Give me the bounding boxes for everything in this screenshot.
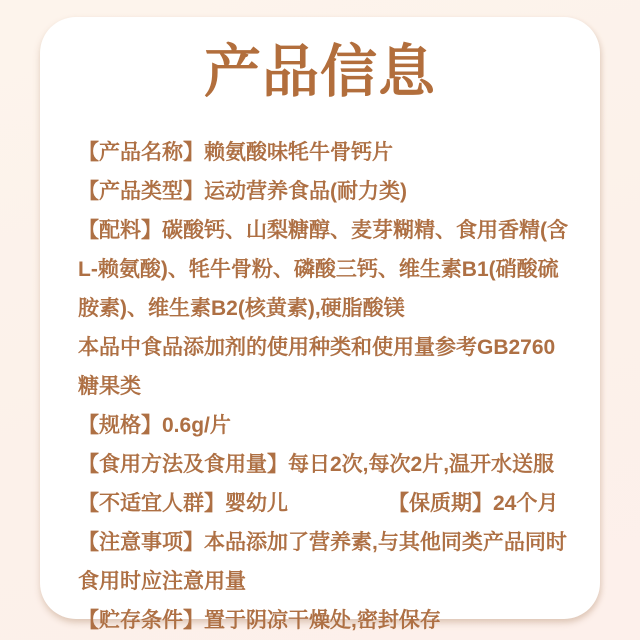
info-row-additive-note: 本品中食品添加剂的使用种类和使用量参考GB2760糖果类 <box>78 328 570 406</box>
info-value-product-type: 运动营养食品(耐力类) <box>204 180 407 203</box>
info-label-storage: 【贮存条件】 <box>78 609 204 632</box>
info-value-shelf-life: 24个月 <box>493 492 558 515</box>
product-info-list: 【产品名称】赖氨酸味牦牛骨钙片 【产品类型】运动营养食品(耐力类) 【配料】碳酸… <box>40 133 600 640</box>
info-value-storage: 置于阴凉干燥处,密封保存 <box>204 609 441 632</box>
info-value-unsuitable-group: 婴幼儿 <box>225 492 288 515</box>
info-value-product-name: 赖氨酸味牦牛骨钙片 <box>204 141 393 164</box>
info-row-product-name: 【产品名称】赖氨酸味牦牛骨钙片 <box>78 133 570 172</box>
info-label-shelf-life: 【保质期】 <box>388 492 493 515</box>
page-title: 产品信息 <box>40 41 600 103</box>
info-label-product-name: 【产品名称】 <box>78 141 204 164</box>
info-field-unsuitable-group: 【不适宜人群】婴幼儿 <box>78 484 388 523</box>
info-value-usage: 每日2次,每次2片,温开水送服 <box>288 453 554 476</box>
info-row-product-type: 【产品类型】运动营养食品(耐力类) <box>78 172 570 211</box>
info-label-precautions: 【注意事项】 <box>78 531 204 554</box>
info-label-product-type: 【产品类型】 <box>78 180 204 203</box>
info-label-ingredients: 【配料】 <box>78 219 162 242</box>
info-value-specification: 0.6g/片 <box>162 414 231 437</box>
product-info-card: 产品信息 【产品名称】赖氨酸味牦牛骨钙片 【产品类型】运动营养食品(耐力类) 【… <box>40 17 600 619</box>
info-field-shelf-life: 【保质期】24个月 <box>388 484 570 523</box>
info-row-specification: 【规格】0.6g/片 <box>78 406 570 445</box>
info-label-specification: 【规格】 <box>78 414 162 437</box>
info-row-ingredients: 【配料】碳酸钙、山梨糖醇、麦芽糊精、食用香精(含L-赖氨酸)、牦牛骨粉、磷酸三钙… <box>78 211 570 328</box>
info-row-precautions: 【注意事项】本品添加了营养素,与其他同类产品同时食用时应注意用量 <box>78 523 570 601</box>
info-row-usage: 【食用方法及食用量】每日2次,每次2片,温开水送服 <box>78 445 570 484</box>
info-row-unsuitable-and-shelf-life: 【不适宜人群】婴幼儿【保质期】24个月 <box>78 484 570 523</box>
info-label-unsuitable-group: 【不适宜人群】 <box>78 492 225 515</box>
info-row-storage: 【贮存条件】置于阴凉干燥处,密封保存 <box>78 601 570 640</box>
info-value-additive-note: 本品中食品添加剂的使用种类和使用量参考GB2760糖果类 <box>78 336 555 398</box>
info-label-usage: 【食用方法及食用量】 <box>78 453 288 476</box>
page: { "page": { "title": "产品信息" }, "info": {… <box>0 0 640 640</box>
